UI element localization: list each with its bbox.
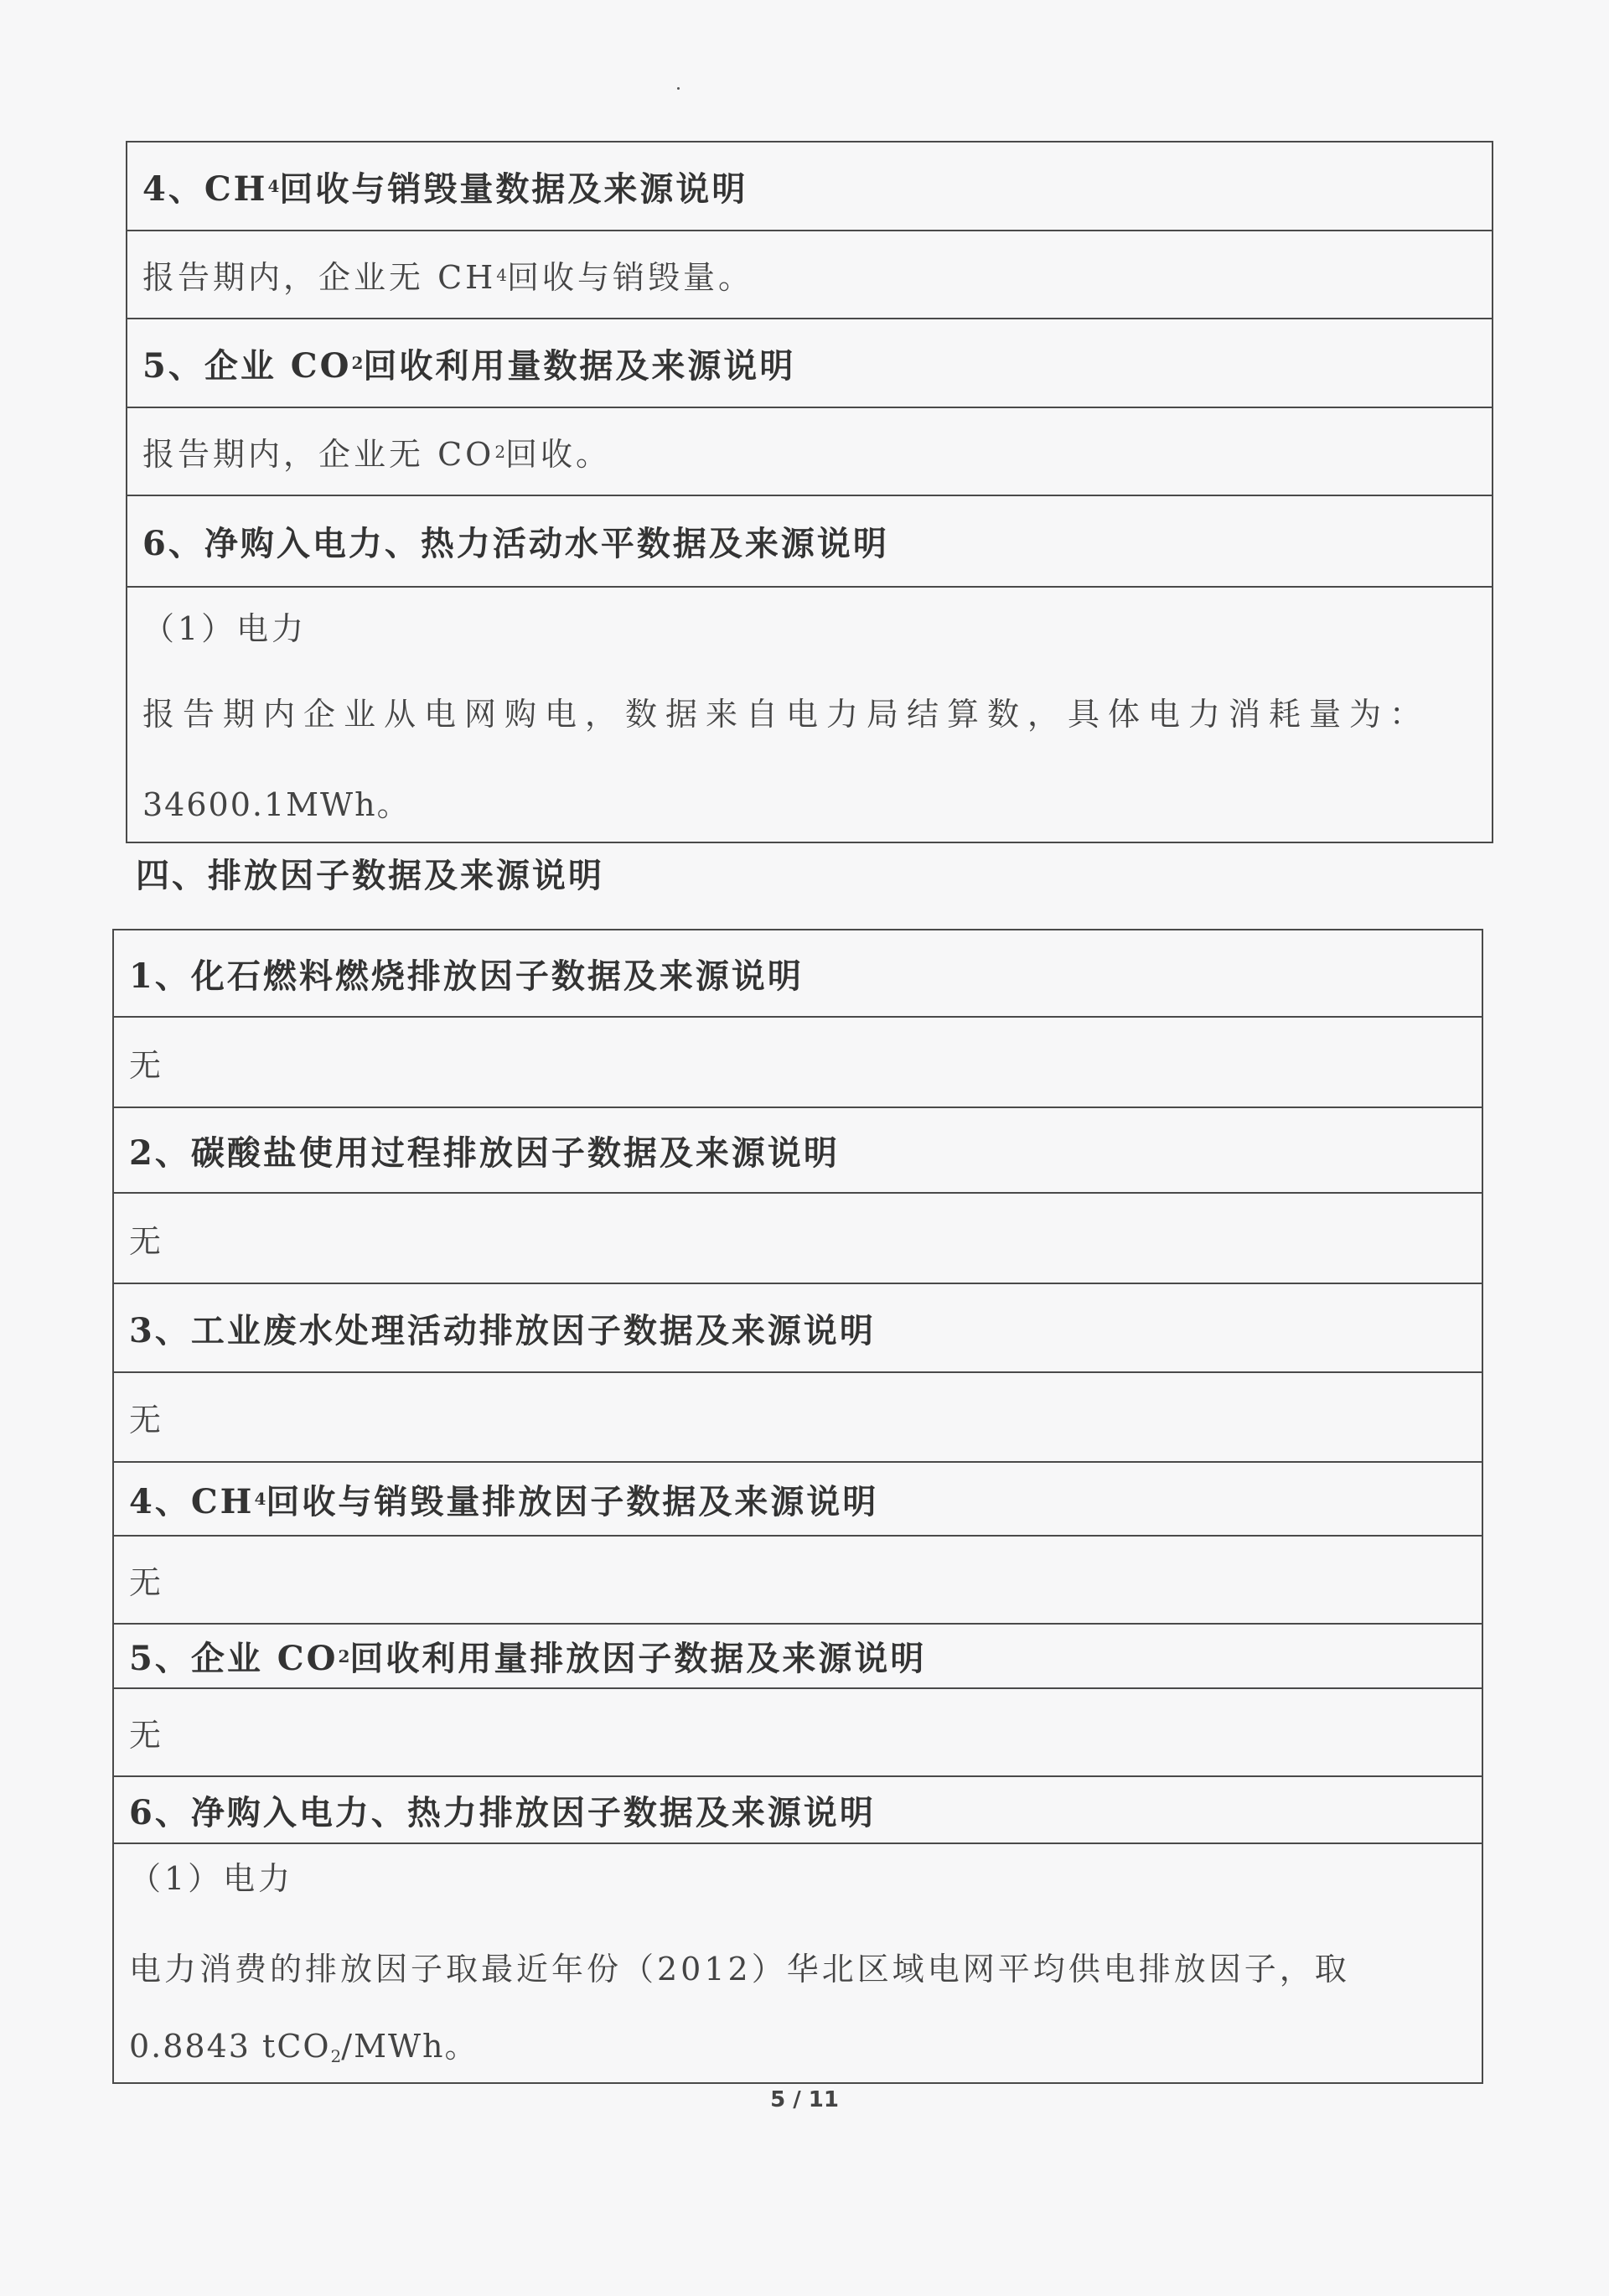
table-row: 无: [114, 1371, 1482, 1461]
electricity-activity-cell: （1）电力 报告期内企业从电网购电，数据来自电力局结算数，具体电力消耗量为： 3…: [127, 586, 1492, 842]
row-text: 回收利用量排放因子数据及来源说明: [349, 1632, 926, 1680]
row-text: 回收与销毁量排放因子数据及来源说明: [266, 1475, 878, 1523]
table-row-heading: 4、CH4 回收与销毁量排放因子数据及来源说明: [114, 1461, 1482, 1535]
row-text: 报告期内，企业无 CO: [142, 428, 494, 474]
row-text: 无: [129, 1557, 164, 1603]
row-text: 回收与销毁量。: [507, 251, 753, 298]
table-row-heading: 6、净购入电力、热力排放因子数据及来源说明: [114, 1775, 1482, 1843]
electricity-consumption-value: 34600.1MWh。: [142, 779, 1477, 825]
subheading-electricity: （1）电力: [129, 1853, 1467, 1899]
emission-factor-value: 0.8843 tCO2/MWh。: [129, 2020, 1467, 2066]
subscript: 2: [331, 2046, 342, 2066]
table-row: 无: [114, 1535, 1482, 1623]
table-row-heading: 3、工业废水处理活动排放因子数据及来源说明: [114, 1283, 1482, 1371]
table-row: 无: [114, 1192, 1482, 1283]
row-text: 1、化石燃料燃烧排放因子数据及来源说明: [129, 950, 804, 998]
row-text: 无: [129, 1215, 164, 1262]
row-text: 4、CH: [129, 1475, 254, 1523]
table-row-heading: 6、净购入电力、热力活动水平数据及来源说明: [127, 495, 1492, 586]
scan-speck: [677, 87, 680, 90]
row-text: 4、CH: [142, 163, 267, 210]
page-number: 5 / 11: [0, 2087, 1609, 2112]
electricity-factor-cell: （1）电力 电力消费的排放因子取最近年份（2012）华北区域电网平均供电排放因子…: [114, 1843, 1482, 2082]
row-text: 无: [129, 1039, 164, 1086]
subscript: 2: [494, 442, 505, 462]
row-text: 回收。: [505, 428, 611, 474]
table-row: 报告期内，企业无 CH4 回收与销毁量。: [127, 230, 1492, 318]
emission-factor-table: 1、化石燃料燃烧排放因子数据及来源说明 无 2、碳酸盐使用过程排放因子数据及来源…: [112, 929, 1483, 2084]
section-title: 四、排放因子数据及来源说明: [136, 849, 604, 897]
subscript: 4: [267, 176, 279, 196]
table-row: 报告期内，企业无 CO2 回收。: [127, 407, 1492, 495]
table-row-heading: 5、企业 CO2 回收利用量数据及来源说明: [127, 318, 1492, 407]
factor-value-text: 0.8843 tCO: [129, 2028, 331, 2065]
row-text: 6、净购入电力、热力活动水平数据及来源说明: [142, 517, 889, 565]
electricity-source-text: 报告期内企业从电网购电，数据来自电力局结算数，具体电力消耗量为：: [142, 688, 1477, 734]
subscript: 2: [338, 1646, 349, 1666]
subscript: 2: [351, 353, 363, 373]
row-text: 2、碳酸盐使用过程排放因子数据及来源说明: [129, 1127, 840, 1174]
row-text: 5、企业 CO: [142, 339, 351, 387]
table-row-heading: 5、企业 CO2 回收利用量排放因子数据及来源说明: [114, 1623, 1482, 1687]
row-text: 回收与销毁量数据及来源说明: [279, 163, 748, 210]
table-row-heading: 1、化石燃料燃烧排放因子数据及来源说明: [114, 930, 1482, 1016]
row-text: 5、企业 CO: [129, 1632, 338, 1680]
subscript: 4: [496, 265, 507, 285]
table-row: 无: [114, 1016, 1482, 1107]
factor-unit-text: /MWh。: [341, 2028, 478, 2065]
activity-data-table: 4、CH4 回收与销毁量数据及来源说明 报告期内，企业无 CH4 回收与销毁量。…: [126, 141, 1493, 843]
row-text: 回收利用量数据及来源说明: [363, 339, 795, 387]
emission-factor-source-text: 电力消费的排放因子取最近年份（2012）华北区域电网平均供电排放因子，取: [129, 1943, 1467, 1989]
table-row-heading: 4、CH4 回收与销毁量数据及来源说明: [127, 143, 1492, 230]
subheading-electricity: （1）电力: [142, 603, 1477, 649]
subscript: 4: [254, 1489, 266, 1509]
row-text: 报告期内，企业无 CH: [142, 251, 496, 298]
table-row-heading: 2、碳酸盐使用过程排放因子数据及来源说明: [114, 1107, 1482, 1192]
row-text: 6、净购入电力、热力排放因子数据及来源说明: [129, 1786, 876, 1834]
row-text: 无: [129, 1394, 164, 1440]
row-text: 无: [129, 1709, 164, 1755]
table-row: 无: [114, 1687, 1482, 1775]
row-text: 3、工业废水处理活动排放因子数据及来源说明: [129, 1304, 876, 1352]
